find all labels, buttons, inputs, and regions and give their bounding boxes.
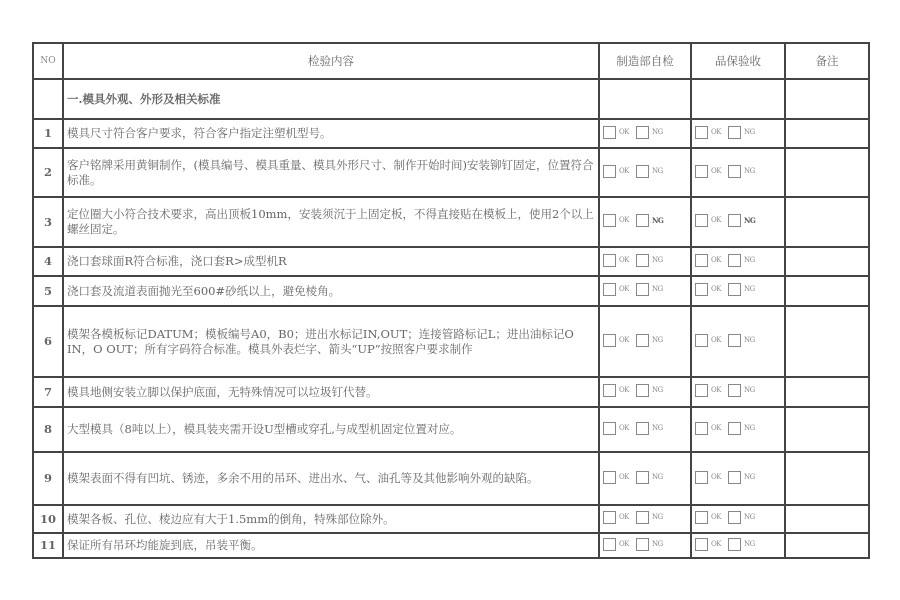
header-row: NO 检验内容 制造部自检 品保验收 备注 bbox=[33, 43, 869, 79]
checkbox-square-icon[interactable] bbox=[636, 422, 649, 435]
ok-label: OK bbox=[619, 537, 629, 552]
self-check-cell: OKNG bbox=[599, 452, 691, 505]
row-content: 模架各板、孔位、棱边应有大于1.5mm的倒角，特殊部位除外。 bbox=[63, 505, 599, 533]
remarks-cell[interactable] bbox=[785, 377, 869, 407]
checkbox-square-icon[interactable] bbox=[695, 334, 708, 347]
ok-label: OK bbox=[711, 213, 721, 228]
table-row: 3定位圈大小符合技术要求，高出顶板10mm，安装须沉于上固定板，不得直接贴在模板… bbox=[33, 197, 869, 247]
ng-label: NG bbox=[744, 383, 755, 398]
ok-checkbox[interactable]: OK bbox=[695, 213, 721, 228]
table-row: 5浇口套及流道表面抛光至600#砂纸以上，避免棱角。OKNGOKNG bbox=[33, 276, 869, 306]
ok-label: OK bbox=[619, 282, 629, 297]
table-row: 10模架各板、孔位、棱边应有大于1.5mm的倒角，特殊部位除外。OKNGOKNG bbox=[33, 505, 869, 533]
row-content: 模具地侧安装立脚以保护底面，无特殊情况可以垃圾钉代替。 bbox=[63, 377, 599, 407]
header-qa-accept: 品保验收 bbox=[691, 43, 785, 79]
ok-label: OK bbox=[619, 470, 629, 485]
checkbox-square-icon[interactable] bbox=[728, 471, 741, 484]
ng-checkbox[interactable]: NG bbox=[728, 125, 755, 140]
ok-checkbox[interactable]: OK bbox=[603, 470, 629, 485]
checkbox-square-icon[interactable] bbox=[728, 538, 741, 551]
section-row: 一.模具外观、外形及相关标准 bbox=[33, 79, 869, 119]
checkbox-square-icon[interactable] bbox=[603, 254, 616, 267]
remarks-cell[interactable] bbox=[785, 533, 869, 558]
ng-checkbox[interactable]: NG bbox=[728, 421, 755, 436]
ng-label: NG bbox=[652, 253, 663, 268]
row-content: 模具尺寸符合客户要求，符合客户指定注塑机型号。 bbox=[63, 119, 599, 148]
row-number: 6 bbox=[33, 306, 63, 377]
checkbox-square-icon[interactable] bbox=[636, 334, 649, 347]
self-check-cell: OKNG bbox=[599, 197, 691, 247]
ok-label: OK bbox=[619, 164, 629, 179]
checkbox-square-icon[interactable] bbox=[695, 384, 708, 397]
checkbox-square-icon[interactable] bbox=[636, 511, 649, 524]
ok-label: OK bbox=[711, 333, 721, 348]
checkbox-square-icon[interactable] bbox=[695, 214, 708, 227]
ng-checkbox[interactable]: NG bbox=[728, 383, 755, 398]
self-check-cell: OKNG bbox=[599, 377, 691, 407]
qa-accept-cell: OKNG bbox=[691, 197, 785, 247]
checkbox-square-icon[interactable] bbox=[636, 214, 649, 227]
ng-checkbox[interactable]: NG bbox=[728, 164, 755, 179]
ng-label: NG bbox=[744, 470, 755, 485]
table-row: 9模架表面不得有凹坑、锈迹，多余不用的吊环、进出水、气、油孔等及其他影响外观的缺… bbox=[33, 452, 869, 505]
checkbox-square-icon[interactable] bbox=[603, 511, 616, 524]
checkbox-square-icon[interactable] bbox=[636, 538, 649, 551]
row-content: 模架表面不得有凹坑、锈迹，多余不用的吊环、进出水、气、油孔等及其他影响外观的缺陷… bbox=[63, 452, 599, 505]
ok-checkbox[interactable]: OK bbox=[695, 421, 721, 436]
table-row: 6模架各模板标记DATUM；模板编号A0，B0；进出水标记IN,OUT；连接管路… bbox=[33, 306, 869, 377]
ng-label: NG bbox=[652, 213, 663, 228]
row-content: 浇口套球面R符合标准，浇口套R>成型机R bbox=[63, 247, 599, 276]
checkbox-square-icon[interactable] bbox=[603, 422, 616, 435]
ng-checkbox[interactable]: NG bbox=[636, 537, 663, 552]
ng-label: NG bbox=[744, 213, 755, 228]
checkbox-square-icon[interactable] bbox=[603, 126, 616, 139]
ng-checkbox[interactable]: NG bbox=[636, 253, 663, 268]
section-remarks-cell bbox=[785, 79, 869, 119]
row-content: 定位圈大小符合技术要求，高出顶板10mm，安装须沉于上固定板，不得直接贴在模板上… bbox=[63, 197, 599, 247]
section-self-check-cell bbox=[599, 79, 691, 119]
table-row: 4浇口套球面R符合标准，浇口套R>成型机ROKNGOKNG bbox=[33, 247, 869, 276]
table-row: 8大型模具（8吨以上），模具装夹需开设U型槽或穿孔,与成型机固定位置对应。OKN… bbox=[33, 407, 869, 452]
ok-checkbox[interactable]: OK bbox=[603, 282, 629, 297]
self-check-cell: OKNG bbox=[599, 148, 691, 197]
ok-label: OK bbox=[619, 213, 629, 228]
checkbox-square-icon[interactable] bbox=[695, 511, 708, 524]
checkbox-square-icon[interactable] bbox=[728, 334, 741, 347]
self-check-cell: OKNG bbox=[599, 276, 691, 306]
ok-checkbox[interactable]: OK bbox=[695, 537, 721, 552]
ok-label: OK bbox=[711, 537, 721, 552]
self-check-cell: OKNG bbox=[599, 119, 691, 148]
checkbox-square-icon[interactable] bbox=[695, 471, 708, 484]
checkbox-square-icon[interactable] bbox=[695, 126, 708, 139]
checkbox-square-icon[interactable] bbox=[636, 471, 649, 484]
table-row: 1模具尺寸符合客户要求，符合客户指定注塑机型号。OKNGOKNG bbox=[33, 119, 869, 148]
self-check-cell: OKNG bbox=[599, 407, 691, 452]
row-content: 保证所有吊环均能旋到底，吊装平衡。 bbox=[63, 533, 599, 558]
row-number: 5 bbox=[33, 276, 63, 306]
section-qa-cell bbox=[691, 79, 785, 119]
ng-label: NG bbox=[744, 253, 755, 268]
ok-checkbox[interactable]: OK bbox=[603, 333, 629, 348]
ok-label: OK bbox=[619, 253, 629, 268]
qa-accept-cell: OKNG bbox=[691, 119, 785, 148]
qa-accept-cell: OKNG bbox=[691, 377, 785, 407]
ok-label: OK bbox=[711, 421, 721, 436]
ok-label: OK bbox=[619, 333, 629, 348]
qa-accept-cell: OKNG bbox=[691, 407, 785, 452]
ok-label: OK bbox=[619, 421, 629, 436]
header-no: NO bbox=[33, 43, 63, 79]
row-content: 客户铭牌采用黄铜制作，(模具编号、模具重量、模具外形尺寸、制作开始时间)安装铆钉… bbox=[63, 148, 599, 197]
checkbox-square-icon[interactable] bbox=[695, 538, 708, 551]
ng-label: NG bbox=[744, 125, 755, 140]
section-no bbox=[33, 79, 63, 119]
ng-checkbox[interactable]: NG bbox=[636, 164, 663, 179]
self-check-cell: OKNG bbox=[599, 247, 691, 276]
checkbox-square-icon[interactable] bbox=[603, 538, 616, 551]
checkbox-square-icon[interactable] bbox=[636, 384, 649, 397]
checkbox-square-icon[interactable] bbox=[636, 283, 649, 296]
row-content: 模架各模板标记DATUM；模板编号A0，B0；进出水标记IN,OUT；连接管路标… bbox=[63, 306, 599, 377]
ok-label: OK bbox=[711, 383, 721, 398]
remarks-cell[interactable] bbox=[785, 452, 869, 505]
remarks-cell[interactable] bbox=[785, 306, 869, 377]
remarks-cell[interactable] bbox=[785, 505, 869, 533]
checkbox-square-icon[interactable] bbox=[603, 384, 616, 397]
ok-checkbox[interactable]: OK bbox=[695, 510, 721, 525]
ng-label: NG bbox=[652, 333, 663, 348]
ng-checkbox[interactable]: NG bbox=[636, 125, 663, 140]
row-content: 浇口套及流道表面抛光至600#砂纸以上，避免棱角。 bbox=[63, 276, 599, 306]
remarks-cell[interactable] bbox=[785, 276, 869, 306]
ok-checkbox[interactable]: OK bbox=[695, 253, 721, 268]
self-check-cell: OKNG bbox=[599, 505, 691, 533]
ng-label: NG bbox=[652, 510, 663, 525]
checkbox-square-icon[interactable] bbox=[728, 126, 741, 139]
checkbox-square-icon[interactable] bbox=[728, 511, 741, 524]
ng-label: NG bbox=[744, 421, 755, 436]
ng-label: NG bbox=[652, 125, 663, 140]
qa-accept-cell: OKNG bbox=[691, 505, 785, 533]
checkbox-square-icon[interactable] bbox=[636, 126, 649, 139]
ng-label: NG bbox=[744, 333, 755, 348]
ok-label: OK bbox=[711, 164, 721, 179]
remarks-cell[interactable] bbox=[785, 247, 869, 276]
ok-label: OK bbox=[619, 125, 629, 140]
ok-checkbox[interactable]: OK bbox=[695, 164, 721, 179]
row-number: 11 bbox=[33, 533, 63, 558]
row-number: 3 bbox=[33, 197, 63, 247]
ok-checkbox[interactable]: OK bbox=[695, 282, 721, 297]
checkbox-square-icon[interactable] bbox=[728, 214, 741, 227]
ok-checkbox[interactable]: OK bbox=[603, 253, 629, 268]
row-number: 2 bbox=[33, 148, 63, 197]
ng-checkbox[interactable]: NG bbox=[636, 383, 663, 398]
inspection-checklist-table: NO 检验内容 制造部自检 品保验收 备注 一.模具外观、外形及相关标准 1模具… bbox=[32, 42, 870, 559]
checkbox-square-icon[interactable] bbox=[728, 384, 741, 397]
ng-checkbox[interactable]: NG bbox=[636, 470, 663, 485]
ng-checkbox[interactable]: NG bbox=[636, 510, 663, 525]
section-title: 一.模具外观、外形及相关标准 bbox=[63, 79, 599, 119]
remarks-cell[interactable] bbox=[785, 197, 869, 247]
checkbox-square-icon[interactable] bbox=[603, 214, 616, 227]
remarks-cell[interactable] bbox=[785, 407, 869, 452]
row-number: 9 bbox=[33, 452, 63, 505]
checkbox-square-icon[interactable] bbox=[728, 422, 741, 435]
checkbox-square-icon[interactable] bbox=[603, 165, 616, 178]
ng-checkbox[interactable]: NG bbox=[728, 470, 755, 485]
qa-accept-cell: OKNG bbox=[691, 276, 785, 306]
checkbox-square-icon[interactable] bbox=[695, 283, 708, 296]
checkbox-square-icon[interactable] bbox=[728, 254, 741, 267]
table-row: 7模具地侧安装立脚以保护底面，无特殊情况可以垃圾钉代替。OKNGOKNG bbox=[33, 377, 869, 407]
qa-accept-cell: OKNG bbox=[691, 247, 785, 276]
ok-label: OK bbox=[711, 125, 721, 140]
ok-checkbox[interactable]: OK bbox=[603, 421, 629, 436]
ok-checkbox[interactable]: OK bbox=[603, 125, 629, 140]
row-number: 8 bbox=[33, 407, 63, 452]
row-number: 10 bbox=[33, 505, 63, 533]
header-remarks: 备注 bbox=[785, 43, 869, 79]
ok-label: OK bbox=[711, 510, 721, 525]
row-number: 7 bbox=[33, 377, 63, 407]
ok-checkbox[interactable]: OK bbox=[695, 383, 721, 398]
checkbox-square-icon[interactable] bbox=[603, 471, 616, 484]
ng-label: NG bbox=[744, 537, 755, 552]
checkbox-square-icon[interactable] bbox=[695, 422, 708, 435]
ng-checkbox[interactable]: NG bbox=[636, 282, 663, 297]
qa-accept-cell: OKNG bbox=[691, 452, 785, 505]
ng-checkbox[interactable]: NG bbox=[728, 282, 755, 297]
ok-checkbox[interactable]: OK bbox=[603, 213, 629, 228]
ng-label: NG bbox=[744, 282, 755, 297]
ok-label: OK bbox=[711, 253, 721, 268]
ng-checkbox[interactable]: NG bbox=[728, 253, 755, 268]
checkbox-square-icon[interactable] bbox=[603, 334, 616, 347]
ng-checkbox[interactable]: NG bbox=[636, 333, 663, 348]
ng-label: NG bbox=[744, 164, 755, 179]
ok-label: OK bbox=[711, 470, 721, 485]
ok-label: OK bbox=[619, 510, 629, 525]
ok-checkbox[interactable]: OK bbox=[603, 510, 629, 525]
checkbox-square-icon[interactable] bbox=[636, 254, 649, 267]
ng-label: NG bbox=[652, 421, 663, 436]
table-row: 2客户铭牌采用黄铜制作，(模具编号、模具重量、模具外形尺寸、制作开始时间)安装铆… bbox=[33, 148, 869, 197]
ng-checkbox[interactable]: NG bbox=[728, 510, 755, 525]
ok-checkbox[interactable]: OK bbox=[603, 164, 629, 179]
ok-checkbox[interactable]: OK bbox=[695, 470, 721, 485]
ng-checkbox[interactable]: NG bbox=[636, 213, 663, 228]
ng-label: NG bbox=[652, 470, 663, 485]
checkbox-square-icon[interactable] bbox=[695, 254, 708, 267]
ok-checkbox[interactable]: OK bbox=[603, 537, 629, 552]
ok-label: OK bbox=[711, 282, 721, 297]
qa-accept-cell: OKNG bbox=[691, 306, 785, 377]
ng-label: NG bbox=[744, 510, 755, 525]
header-content: 检验内容 bbox=[63, 43, 599, 79]
row-content: 大型模具（8吨以上），模具装夹需开设U型槽或穿孔,与成型机固定位置对应。 bbox=[63, 407, 599, 452]
ng-checkbox[interactable]: NG bbox=[728, 213, 755, 228]
qa-accept-cell: OKNG bbox=[691, 148, 785, 197]
row-number: 4 bbox=[33, 247, 63, 276]
ng-label: NG bbox=[652, 537, 663, 552]
remarks-cell[interactable] bbox=[785, 119, 869, 148]
ng-label: NG bbox=[652, 282, 663, 297]
remarks-cell[interactable] bbox=[785, 148, 869, 197]
checkbox-square-icon[interactable] bbox=[728, 283, 741, 296]
ok-checkbox[interactable]: OK bbox=[695, 125, 721, 140]
checkbox-square-icon[interactable] bbox=[728, 165, 741, 178]
self-check-cell: OKNG bbox=[599, 533, 691, 558]
ng-checkbox[interactable]: NG bbox=[728, 537, 755, 552]
qa-accept-cell: OKNG bbox=[691, 533, 785, 558]
self-check-cell: OKNG bbox=[599, 306, 691, 377]
checkbox-square-icon[interactable] bbox=[695, 165, 708, 178]
ng-label: NG bbox=[652, 164, 663, 179]
ok-checkbox[interactable]: OK bbox=[695, 333, 721, 348]
checkbox-square-icon[interactable] bbox=[603, 283, 616, 296]
ng-checkbox[interactable]: NG bbox=[636, 421, 663, 436]
header-self-check: 制造部自检 bbox=[599, 43, 691, 79]
ok-label: OK bbox=[619, 383, 629, 398]
ng-checkbox[interactable]: NG bbox=[728, 333, 755, 348]
checkbox-square-icon[interactable] bbox=[636, 165, 649, 178]
row-number: 1 bbox=[33, 119, 63, 148]
ok-checkbox[interactable]: OK bbox=[603, 383, 629, 398]
ng-label: NG bbox=[652, 383, 663, 398]
table-row: 11保证所有吊环均能旋到底，吊装平衡。OKNGOKNG bbox=[33, 533, 869, 558]
